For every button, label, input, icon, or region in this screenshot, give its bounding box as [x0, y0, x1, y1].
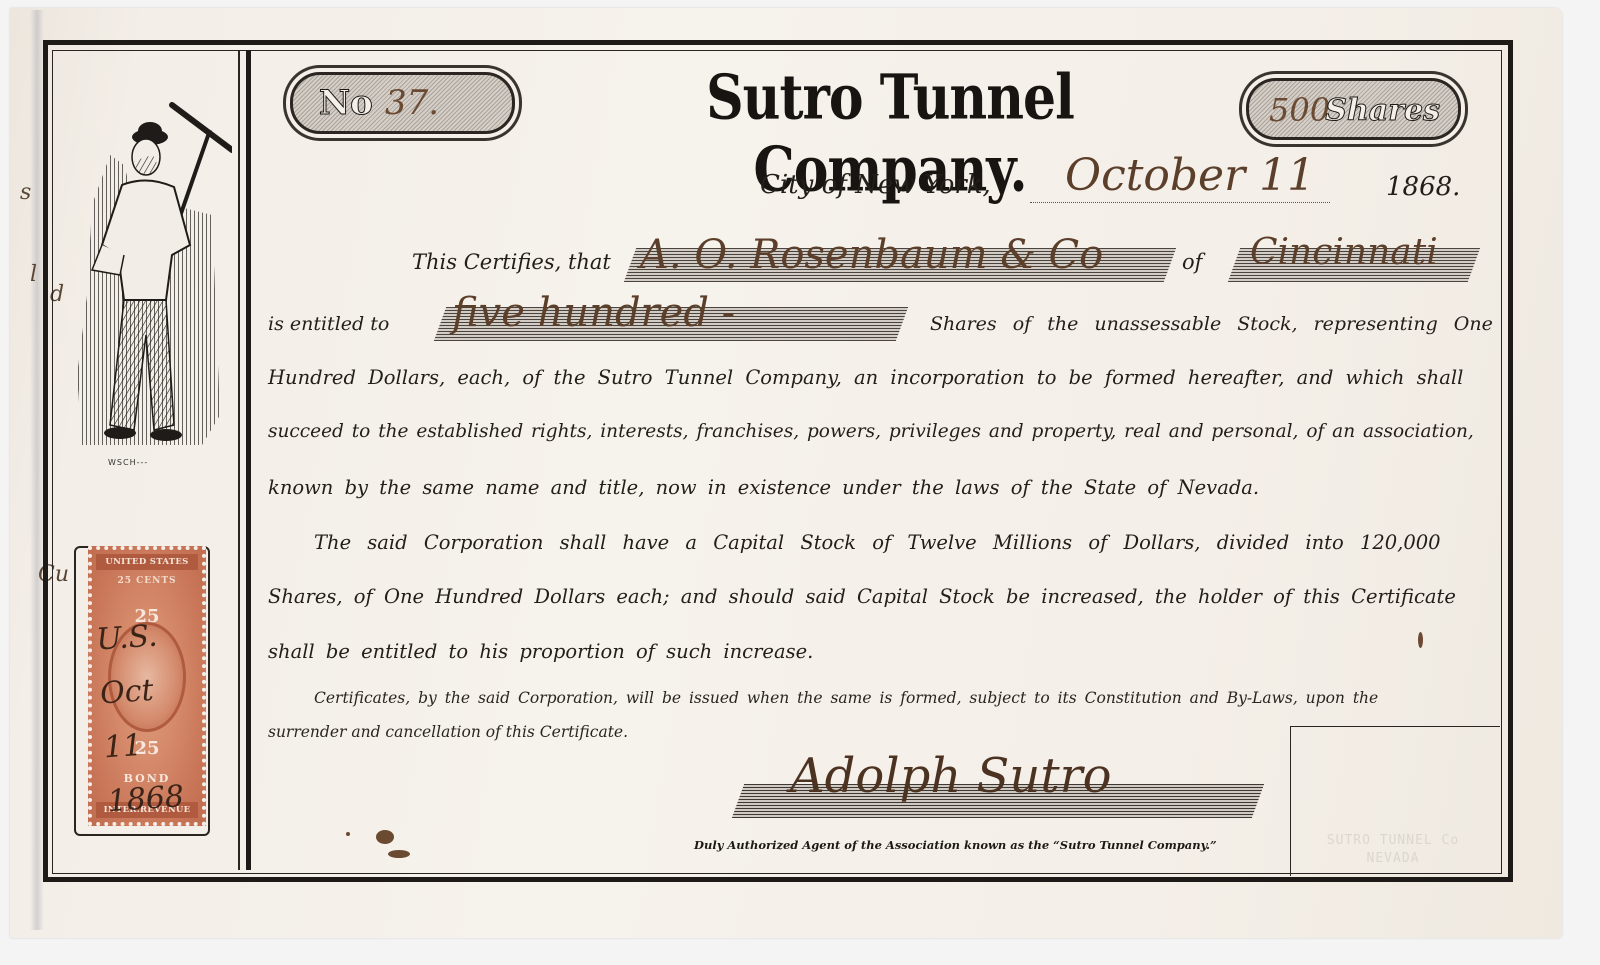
place: City of New York,	[760, 170, 991, 200]
of-label: of	[1182, 250, 1202, 274]
shares-label: Shares	[1325, 93, 1440, 128]
shares-cartouche: 500 Shares	[1246, 78, 1461, 140]
shares-written: five hundred -	[452, 290, 735, 336]
seal-line-1: SUTRO TUNNEL Co	[1298, 832, 1488, 850]
fold-crease	[30, 10, 44, 930]
certificate-number: 37.	[385, 83, 439, 123]
agent-caption: Duly Authorized Agent of the Association…	[694, 838, 1217, 852]
margin-note: l	[30, 262, 37, 287]
ink-stain	[376, 830, 394, 844]
miner-vignette-icon	[62, 95, 232, 465]
body-line-2: Hundred Dollars, each, of the Sutro Tunn…	[268, 366, 1463, 389]
vignette-divider-thick	[246, 50, 251, 870]
ink-stain	[388, 850, 410, 858]
margin-note: s	[20, 180, 31, 205]
holder-name: A. O. Rosenbaum & Co	[640, 232, 1103, 278]
footer-line-1: Certificates, by the said Corporation, w…	[314, 689, 1378, 707]
date-month-day: October 11	[1065, 150, 1315, 201]
entitled-prefix: is entitled to	[268, 313, 389, 335]
number-label: No	[319, 83, 373, 123]
body-line-1: Shares of the unassessable Stock, repres…	[930, 313, 1493, 335]
certificate-number-cartouche: No 37.	[290, 72, 515, 134]
body-line-4: known by the same name and title, now in…	[268, 476, 1259, 499]
signature: Adolph Sutro	[790, 748, 1111, 804]
ink-stain	[346, 832, 350, 836]
holder-location: Cincinnati	[1250, 232, 1438, 273]
body-line-6: Shares, of One Hundred Dollars each; and…	[268, 585, 1456, 608]
seal-line-2: NEVADA	[1298, 850, 1488, 868]
ink-stain	[1418, 632, 1423, 648]
body-line-3: succeed to the established rights, inter…	[268, 421, 1474, 442]
revenue-stamp: UNITED STATES 25 CENTS 25 25 BOND INTER.…	[88, 546, 206, 826]
stamp-top-text: UNITED STATES	[96, 554, 198, 570]
body-line-5: The said Corporation shall have a Capita…	[314, 531, 1441, 554]
stamp-arc-text: 25 CENTS	[92, 576, 202, 586]
date-underline	[1030, 202, 1330, 203]
engraver-mark: WSCH---	[108, 458, 148, 467]
date-year: 1868.	[1386, 172, 1460, 202]
footer-line-2: surrender and cancellation of this Certi…	[268, 723, 628, 741]
shares-count: 500	[1269, 91, 1330, 129]
embossed-seal: SUTRO TUNNEL Co NEVADA	[1298, 832, 1488, 868]
certifies-prefix: This Certifies, that	[412, 250, 611, 274]
stamp-cancellation: U.S. Oct 11 1868	[95, 607, 210, 829]
vignette-divider	[238, 50, 240, 870]
body-line-7: shall be entitled to his proportion of s…	[268, 640, 813, 663]
